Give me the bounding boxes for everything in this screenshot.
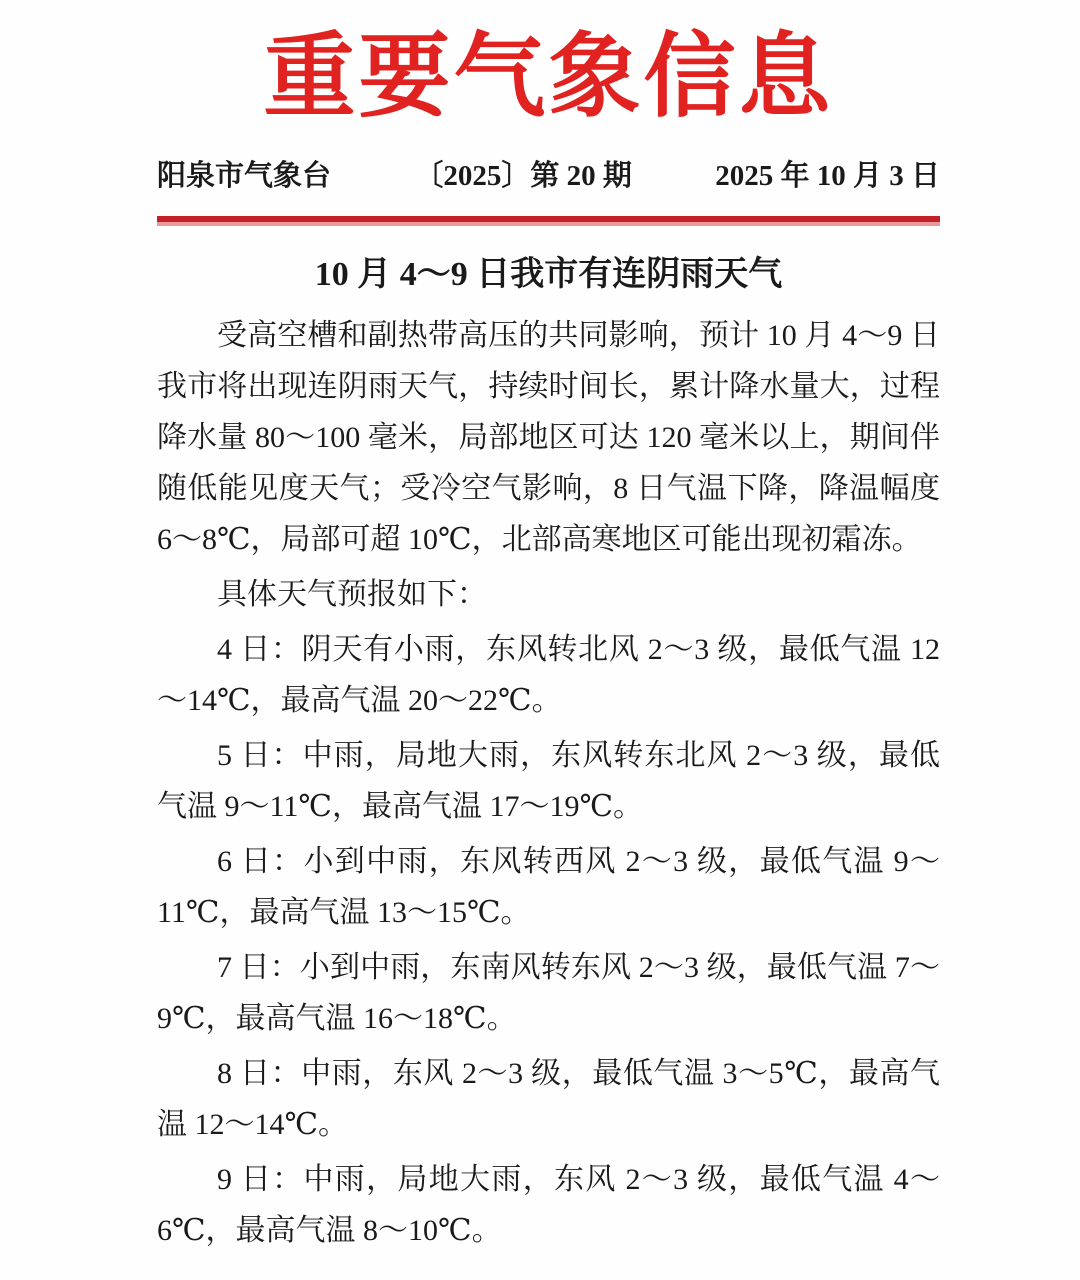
paragraph-forecast-day5: 5 日：中雨，局地大雨，东风转东北风 2～3 级，最低气温 9～11℃，最高气温… xyxy=(157,730,940,832)
paragraph-forecast-day8: 8 日：中雨，东风 2～3 级，最低气温 3～5℃，最高气温 12～14℃。 xyxy=(157,1048,940,1150)
banner-title: 重要气象信息 xyxy=(157,26,940,129)
article-title: 10 月 4～9 日我市有连阴雨天气 xyxy=(157,254,940,297)
masthead-issuer: 阳泉市气象台 xyxy=(157,159,331,194)
paragraph-overview: 受高空槽和副热带高压的共同影响，预计 10 月 4～9 日我市将出现连阴雨天气，… xyxy=(157,310,940,565)
document-page: 重要气象信息 阳泉市气象台 〔2025〕第 20 期 2025 年 10 月 3… xyxy=(0,0,1080,1280)
article-body: 受高空槽和副热带高压的共同影响，预计 10 月 4～9 日我市将出现连阴雨天气，… xyxy=(157,310,940,1256)
masthead: 阳泉市气象台 〔2025〕第 20 期 2025 年 10 月 3 日 xyxy=(157,159,940,194)
paragraph-forecast-day7: 7 日：小到中雨，东南风转东风 2～3 级，最低气温 7～9℃，最高气温 16～… xyxy=(157,942,940,1044)
paragraph-forecast-day4: 4 日：阴天有小雨，东风转北风 2～3 级，最低气温 12～14℃，最高气温 2… xyxy=(157,624,940,726)
paragraph-forecast-intro: 具体天气预报如下： xyxy=(157,569,940,620)
paragraph-forecast-day6: 6 日：小到中雨，东风转西风 2～3 级，最低气温 9～11℃，最高气温 13～… xyxy=(157,836,940,938)
masthead-issue-number: 〔2025〕第 20 期 xyxy=(414,159,632,194)
paragraph-forecast-day9: 9 日：中雨，局地大雨，东风 2～3 级，最低气温 4～6℃，最高气温 8～10… xyxy=(157,1154,940,1256)
masthead-date: 2025 年 10 月 3 日 xyxy=(715,159,940,194)
red-divider-rule xyxy=(157,216,940,226)
